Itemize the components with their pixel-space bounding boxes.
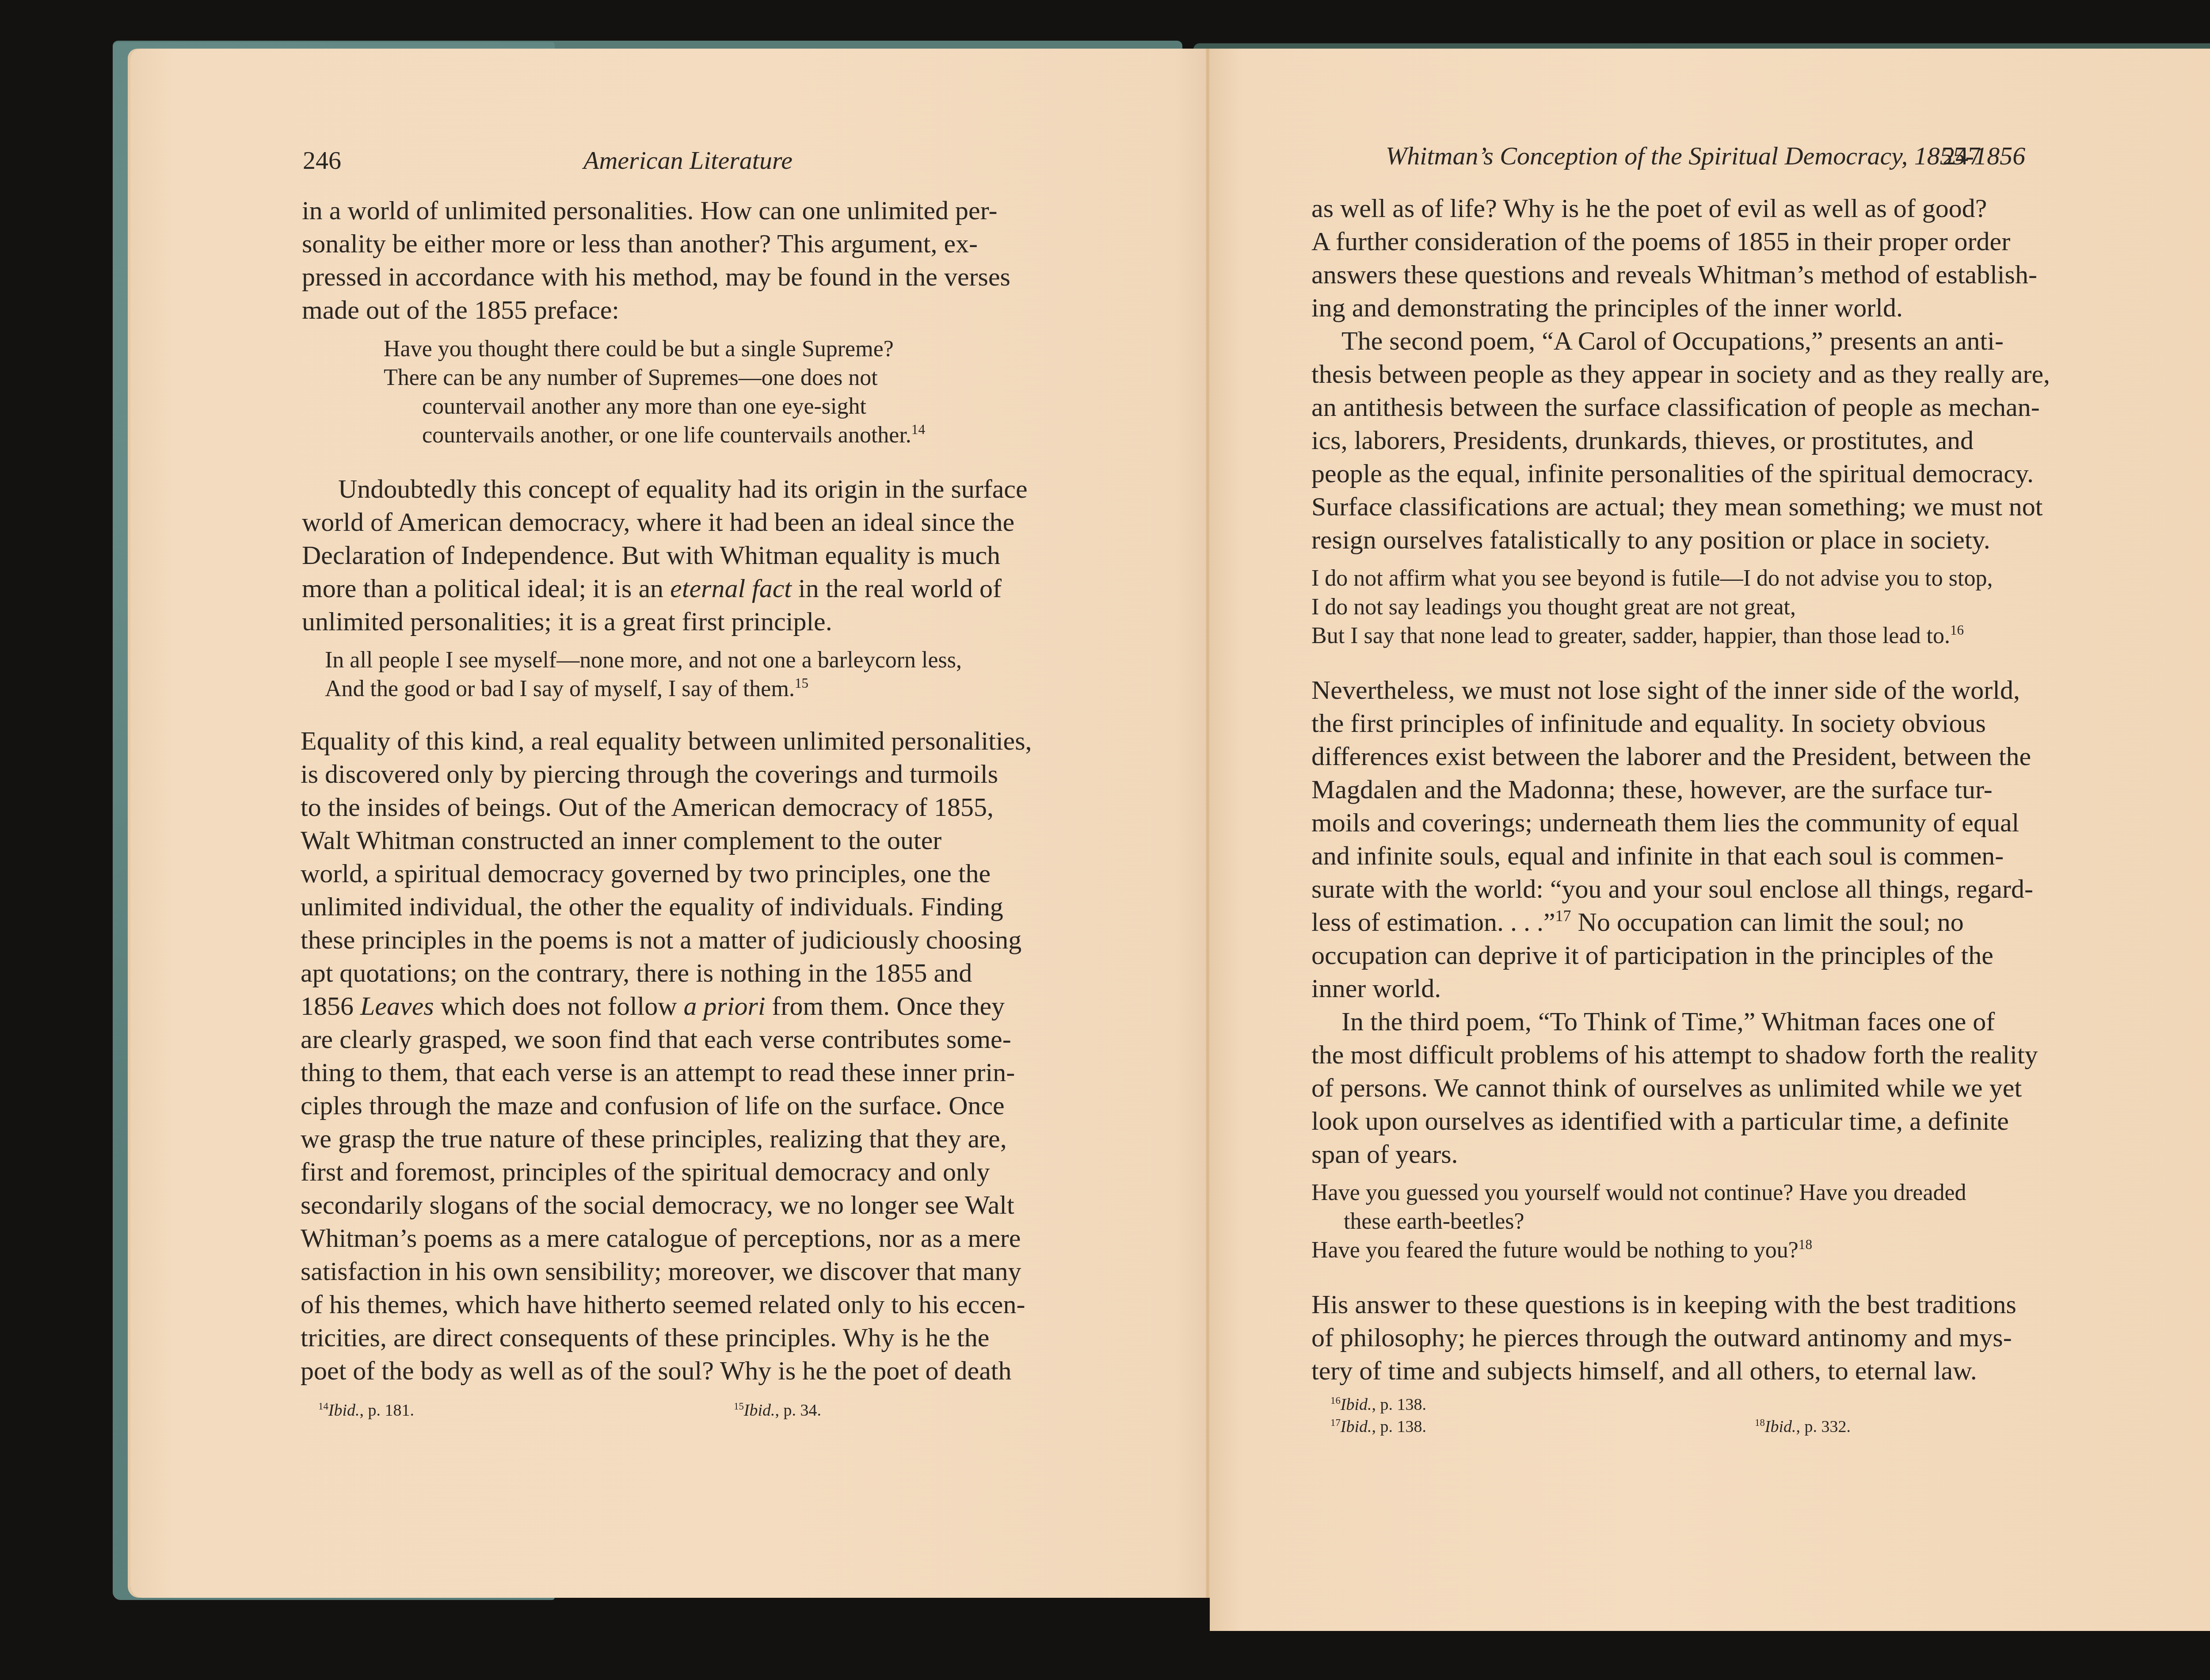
body-line: the most difficult problems of his attem… [1311, 1039, 2038, 1070]
body-line: Surface classifications are actual; they… [1311, 491, 2042, 522]
body-line: people as the equal, infinite personalit… [1311, 457, 2034, 489]
body-line: span of years. [1311, 1138, 1458, 1170]
footnote: 18Ibid., p. 332. [1755, 1417, 1851, 1437]
body-line: first and foremost, principles of the sp… [301, 1156, 990, 1188]
body-line: to the insides of beings. Out of the Ame… [301, 791, 994, 823]
body-line: is discovered only by piercing through t… [301, 758, 998, 790]
verse-line: countervails another, or one life counte… [422, 421, 925, 450]
left-page-number: 246 [303, 145, 341, 176]
body-line: answers these questions and reveals Whit… [1311, 259, 2037, 290]
verse-line: Have you thought there could be but a si… [384, 335, 894, 363]
body-line: unlimited personalities; it is a great f… [302, 606, 832, 637]
body-line: moils and coverings; underneath them lie… [1311, 807, 2019, 838]
body-line: world of American democracy, where it ha… [302, 506, 1014, 538]
body-line: world, a spiritual democracy governed by… [301, 857, 991, 889]
footnote-ref[interactable]: 15 [795, 675, 808, 691]
body-line: poet of the body as well as of the soul?… [301, 1355, 1012, 1387]
body-line: His answer to these questions is in keep… [1311, 1288, 2016, 1320]
footnote: 16Ibid., p. 138. [1330, 1394, 1426, 1415]
body-line: ics, laborers, Presidents, drunkards, th… [1311, 424, 1974, 456]
body-line: Nevertheless, we must not lose sight of … [1311, 674, 2020, 706]
right-page-number: 247 [1943, 141, 1981, 171]
left-running-head: American Literature [583, 145, 793, 176]
body-line: the first principles of infinitude and e… [1311, 707, 1986, 739]
body-line: of persons. We cannot think of ourselves… [1311, 1072, 2022, 1104]
body-line: Whitman’s poems as a mere catalogue of p… [301, 1222, 1021, 1254]
body-line: resign ourselves fatalistically to any p… [1311, 524, 1990, 556]
body-line: differences exist between the laborer an… [1311, 740, 2031, 772]
body-line: occupation can deprive it of participati… [1311, 939, 1993, 971]
body-line: pressed in accordance with his method, m… [302, 261, 1010, 293]
body-line: in a world of unlimited personalities. H… [302, 194, 997, 226]
body-line: we grasp the true nature of these princi… [301, 1123, 1007, 1154]
footnote: 14Ibid., p. 181. [318, 1400, 414, 1421]
verse-line: But I say that none lead to greater, sad… [1311, 622, 1964, 650]
body-line: In the third poem, “To Think of Time,” W… [1341, 1006, 1995, 1037]
body-line: unlimited individual, the other the equa… [301, 891, 1003, 922]
body-line: ciples through the maze and confusion of… [301, 1090, 1005, 1121]
verse-line: And the good or bad I say of myself, I s… [325, 675, 808, 703]
body-line: Declaration of Independence. But with Wh… [302, 539, 1000, 571]
emphasis: eternal fact [670, 574, 792, 603]
footnote: 15Ibid., p. 34. [734, 1400, 821, 1421]
body-line: look upon ourselves as identified with a… [1311, 1105, 2009, 1137]
verse-line: There can be any number of Supremes—one … [384, 364, 878, 392]
body-line: as well as of life? Why is he the poet o… [1311, 192, 1987, 224]
verse-line: Have you feared the future would be noth… [1311, 1236, 1812, 1265]
body-line: inner world. [1311, 972, 1441, 1004]
body-line: ing and demonstrating the principles of … [1311, 292, 1903, 324]
verse-line: these earth-beetles? [1344, 1208, 1524, 1236]
body-line: thesis between people as they appear in … [1311, 358, 2050, 390]
footnote-ref[interactable]: 14 [911, 422, 925, 437]
footnote-ref[interactable]: 17 [1555, 907, 1571, 925]
body-line: The second poem, “A Carol of Occupations… [1341, 325, 2004, 357]
body-line: these principles in the poems is not a m… [301, 924, 1021, 956]
running-head-title: American Literature [583, 146, 793, 175]
footnote-ref[interactable]: 16 [1950, 622, 1964, 638]
body-line: and infinite souls, equal and infinite i… [1311, 840, 2004, 872]
body-line: Magdalen and the Madonna; these, however… [1311, 773, 1993, 805]
body-line: 1856 Leaves which does not follow a prio… [301, 990, 1005, 1022]
body-line: an antithesis between the surface classi… [1311, 391, 2040, 423]
footnote: 17Ibid., p. 138. [1330, 1417, 1426, 1437]
verse-line: In all people I see myself—none more, an… [325, 646, 962, 674]
body-line: are clearly grasped, we soon find that e… [301, 1023, 1011, 1055]
body-line: A further consideration of the poems of … [1311, 225, 2010, 257]
body-line: of his themes, which have hitherto seeme… [301, 1288, 1025, 1320]
body-line: Walt Whitman constructed an inner comple… [301, 824, 941, 856]
body-line: made out of the 1855 preface: [302, 294, 619, 326]
body-line: of philosophy; he pierces through the ou… [1311, 1322, 2012, 1353]
body-line: more than a political ideal; it is an et… [302, 572, 1002, 604]
right-running-head: Whitman’s Conception of the Spiritual De… [1386, 141, 2025, 171]
body-line: thing to them, that each verse is an att… [301, 1056, 1015, 1088]
footnote-ref[interactable]: 18 [1798, 1237, 1812, 1252]
verse-line: I do not affirm what you see beyond is f… [1311, 564, 1993, 593]
body-line: less of estimation. . . .”17 No occupati… [1311, 906, 1964, 938]
body-line: tery of time and subjects himself, and a… [1311, 1355, 1977, 1387]
body-line: Undoubtedly this concept of equality had… [338, 473, 1028, 505]
verse-line: I do not say leadings you thought great … [1311, 593, 1796, 621]
verse-line: Have you guessed you yourself would not … [1311, 1179, 1966, 1207]
body-line: tricities, are direct consequents of the… [301, 1322, 989, 1353]
verse-line: countervail another any more than one ey… [422, 392, 866, 421]
body-line: Equality of this kind, a real equality b… [301, 725, 1032, 757]
body-line: surate with the world: “you and your sou… [1311, 873, 2033, 905]
body-line: satisfaction in his own sensibility; mor… [301, 1255, 1021, 1287]
body-line: apt quotations; on the contrary, there i… [301, 957, 972, 989]
body-line: sonality be either more or less than ano… [302, 228, 978, 259]
body-line: secondarily slogans of the social democr… [301, 1189, 1014, 1221]
